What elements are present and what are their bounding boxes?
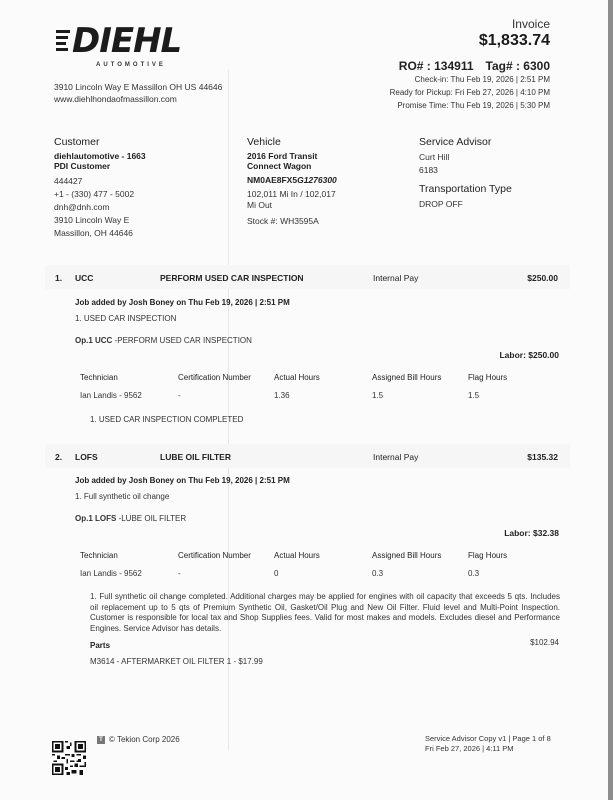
job-number: 2. bbox=[55, 452, 62, 462]
logo-text: DIEHL bbox=[62, 21, 181, 61]
job-concern: 1. USED CAR INSPECTION bbox=[75, 314, 176, 323]
tech-actual: 1.36 bbox=[274, 391, 290, 400]
customer-id: 444427 bbox=[54, 175, 224, 188]
vehicle-model-line1: 2016 Ford Transit bbox=[247, 151, 397, 161]
job-story: 1. Full synthetic oil change completed. … bbox=[90, 592, 560, 634]
invoice-page: DIEHL AUTOMOTIVE 3910 Lincoln Way E Mass… bbox=[0, 0, 613, 800]
logo-speed-lines-icon bbox=[56, 30, 70, 54]
op-desc: -PERFORM USED CAR INSPECTION bbox=[112, 336, 252, 345]
job-code: UCC bbox=[75, 273, 93, 283]
col-technician: Technician bbox=[80, 551, 118, 560]
vin-suffix: G1276300 bbox=[297, 175, 337, 185]
service-advisor-section: Service Advisor Curt Hill 6183 Transport… bbox=[419, 136, 589, 211]
job-number: 1. bbox=[55, 273, 62, 283]
dealer-logo: DIEHL AUTOMOTIVE bbox=[62, 22, 182, 68]
technician-table-2: Technician Certification Number Actual H… bbox=[80, 547, 540, 583]
footer-page-info: Service Advisor Copy v1 | Page 1 of 8 Fr… bbox=[425, 734, 551, 754]
col-certification: Certification Number bbox=[178, 373, 251, 382]
dealer-address-block: 3910 Lincoln Way E Massillon OH US 44646… bbox=[54, 81, 222, 105]
customer-street: 3910 Lincoln Way E bbox=[54, 214, 224, 227]
parts-total: $102.94 bbox=[530, 638, 559, 647]
scan-fold-line bbox=[228, 70, 229, 750]
job-labor: Labor: $250.00 bbox=[499, 350, 559, 360]
table-header-row: Technician Certification Number Actual H… bbox=[80, 369, 540, 387]
col-actual-hours: Actual Hours bbox=[274, 551, 320, 560]
col-flag-hours: Flag Hours bbox=[468, 551, 507, 560]
footer-copyright: T © Tekion Corp 2026 bbox=[97, 735, 180, 744]
col-assigned-hours: Assigned Bill Hours bbox=[372, 551, 441, 560]
op-label: Op.1 UCC bbox=[75, 336, 112, 345]
invoice-label: Invoice bbox=[390, 17, 550, 31]
job-code: LOFS bbox=[75, 452, 98, 462]
promise-time: Promise Time: Thu Feb 19, 2026 | 5:30 PM bbox=[390, 99, 550, 112]
customer-email: dnh@dnh.com bbox=[54, 201, 224, 214]
job-added-by: Job added by Josh Boney on Thu Feb 19, 2… bbox=[75, 476, 290, 485]
transport-heading: Transportation Type bbox=[419, 183, 589, 196]
col-technician: Technician bbox=[80, 373, 118, 382]
customer-phone: +1 - (330) 477 - 5002 bbox=[54, 188, 224, 201]
ready-for-pickup-time: Ready for Pickup: Fri Feb 27, 2026 | 4:1… bbox=[390, 86, 550, 99]
logo-subtext: AUTOMOTIVE bbox=[62, 62, 182, 68]
tech-flag: 1.5 bbox=[468, 391, 479, 400]
invoice-total: $1,833.74 bbox=[390, 32, 550, 50]
job-description: PERFORM USED CAR INSPECTION bbox=[160, 273, 304, 283]
job-story: 1. USED CAR INSPECTION COMPLETED bbox=[90, 415, 243, 424]
transport-value: DROP OFF bbox=[419, 198, 589, 211]
tech-actual: 0 bbox=[274, 569, 278, 578]
op-label: Op.1 LOFS bbox=[75, 514, 116, 523]
customer-type: PDI Customer bbox=[54, 161, 224, 171]
dealer-website: www.diehlhondaofmassillon.com bbox=[54, 93, 222, 105]
copy-info: Service Advisor Copy v1 | Page 1 of 8 bbox=[425, 734, 551, 744]
tekion-logo-icon: T bbox=[97, 736, 105, 744]
tech-assigned: 0.3 bbox=[372, 569, 383, 578]
printed-time: Fri Feb 27, 2026 | 4:11 PM bbox=[425, 744, 551, 754]
advisor-name: Curt Hill bbox=[419, 151, 589, 164]
table-header-row: Technician Certification Number Actual H… bbox=[80, 547, 540, 565]
tech-name: Ian Landis - 9562 bbox=[80, 569, 142, 578]
job-concern: 1. Full synthetic oil change bbox=[75, 492, 169, 501]
job-amount: $135.32 bbox=[527, 452, 558, 462]
technician-table-1: Technician Certification Number Actual H… bbox=[80, 369, 540, 405]
job-header-2: 2. LOFS LUBE OIL FILTER Internal Pay $13… bbox=[45, 444, 570, 468]
col-assigned-hours: Assigned Bill Hours bbox=[372, 373, 441, 382]
ro-tag-line: RO# : 134911Tag# : 6300 bbox=[390, 59, 550, 73]
tech-name: Ian Landis - 9562 bbox=[80, 391, 142, 400]
job-operation: Op.1 UCC -PERFORM USED CAR INSPECTION bbox=[75, 336, 252, 345]
op-desc: -LUBE OIL FILTER bbox=[116, 514, 186, 523]
job-description: LUBE OIL FILTER bbox=[160, 452, 231, 462]
tech-cert: - bbox=[178, 391, 181, 400]
job-operation: Op.1 LOFS -LUBE OIL FILTER bbox=[75, 514, 186, 523]
customer-name: diehlautomotive - 1663 bbox=[54, 151, 224, 161]
scan-edge bbox=[608, 0, 613, 800]
col-flag-hours: Flag Hours bbox=[468, 373, 507, 382]
tech-flag: 0.3 bbox=[468, 569, 479, 578]
customer-heading: Customer bbox=[54, 136, 224, 149]
ro-number: RO# : 134911 bbox=[399, 59, 474, 73]
col-actual-hours: Actual Hours bbox=[274, 373, 320, 382]
vehicle-heading: Vehicle bbox=[247, 136, 397, 149]
tag-number: Tag# : 6300 bbox=[486, 59, 550, 73]
job-pay-type: Internal Pay bbox=[373, 273, 418, 283]
job-amount: $250.00 bbox=[527, 273, 558, 283]
part-item: M3614 - AFTERMARKET OIL FILTER 1 - $17.9… bbox=[90, 657, 263, 666]
job-header-1: 1. UCC PERFORM USED CAR INSPECTION Inter… bbox=[45, 265, 570, 289]
invoice-summary: Invoice $1,833.74 RO# : 134911Tag# : 630… bbox=[390, 17, 550, 112]
vehicle-section: Vehicle 2016 Ford Transit Connect Wagon … bbox=[247, 136, 397, 228]
tech-assigned: 1.5 bbox=[372, 391, 383, 400]
qr-code-icon bbox=[52, 741, 86, 775]
tech-cert: - bbox=[178, 569, 181, 578]
col-certification: Certification Number bbox=[178, 551, 251, 560]
vehicle-stock: Stock #: WH3595A bbox=[247, 215, 397, 228]
vehicle-model-line2: Connect Wagon bbox=[247, 161, 397, 171]
vehicle-mileage: 102,011 Mi In / 102,017 Mi Out bbox=[247, 189, 347, 211]
job-pay-type: Internal Pay bbox=[373, 452, 418, 462]
customer-city: Massillon, OH 44646 bbox=[54, 227, 224, 240]
job-labor: Labor: $32.38 bbox=[504, 528, 559, 538]
copyright-text: © Tekion Corp 2026 bbox=[109, 735, 180, 744]
advisor-heading: Service Advisor bbox=[419, 136, 589, 149]
advisor-id: 6183 bbox=[419, 164, 589, 177]
parts-label: Parts bbox=[90, 641, 110, 650]
customer-section: Customer diehlautomotive - 1663 PDI Cust… bbox=[54, 136, 224, 240]
job-added-by: Job added by Josh Boney on Thu Feb 19, 2… bbox=[75, 298, 290, 307]
table-row: Ian Landis - 9562 - 0 0.3 0.3 bbox=[80, 565, 540, 583]
vin-prefix: NM0AE8FX5 bbox=[247, 175, 297, 185]
dealer-address: 3910 Lincoln Way E Massillon OH US 44646 bbox=[54, 81, 222, 93]
table-row: Ian Landis - 9562 - 1.36 1.5 1.5 bbox=[80, 387, 540, 405]
vehicle-vin: NM0AE8FX5G1276300 bbox=[247, 175, 397, 185]
check-in-time: Check-in: Thu Feb 19, 2026 | 2:51 PM bbox=[390, 73, 550, 86]
